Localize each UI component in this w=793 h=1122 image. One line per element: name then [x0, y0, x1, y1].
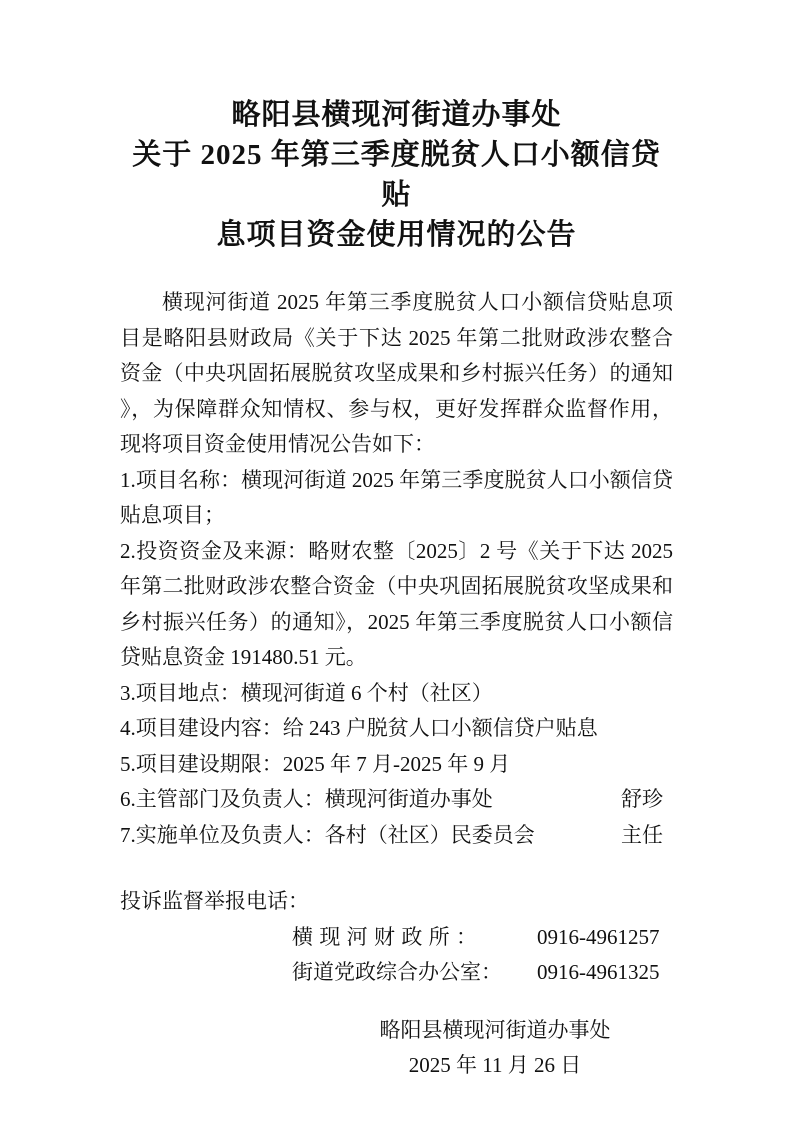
phone-label-general-office: 街道党政综合办公室：	[292, 955, 477, 991]
item-project-period: 5.项目建设期限：2025 年 7 月-2025 年 9 月	[120, 747, 673, 783]
phone-row-general-office: 街道党政综合办公室： 0916-4961325	[120, 955, 673, 991]
signature-block: 略阳县横现河街道办事处 2025 年 11 月 26 日	[315, 1013, 675, 1084]
document-body: 横现河街道 2025 年第三季度脱贫人口小额信贷贴息项目是略阳县财政局《关于下达…	[120, 285, 673, 1084]
phone-number-finance-office: 0916-4961257	[537, 920, 660, 956]
item-supervising-department-text: 6.主管部门及负责人：横现河街道办事处	[120, 782, 493, 818]
complaint-section: 投诉监督举报电话： 横现河财政所： 0916-4961257 街道党政综合办公室…	[120, 884, 673, 991]
phone-number-general-office: 0916-4961325	[537, 955, 660, 991]
page-content: 略阳县横现河街道办事处 关于 2025 年第三季度脱贫人口小额信贷贴 息项目资金…	[120, 95, 673, 1084]
phone-row-finance-office: 横现河财政所： 0916-4961257	[120, 920, 673, 956]
signature-org: 略阳县横现河街道办事处	[315, 1013, 675, 1049]
phone-label-finance-office: 横现河财政所：	[292, 920, 477, 956]
item-implementing-unit-text: 7.实施单位及负责人：各村（社区）民委员会	[120, 818, 535, 854]
announcement-page: 略阳县横现河街道办事处 关于 2025 年第三季度脱贫人口小额信贷贴 息项目资金…	[0, 0, 793, 1122]
intro-paragraph: 横现河街道 2025 年第三季度脱贫人口小额信贷贴息项目是略阳县财政局《关于下达…	[120, 285, 673, 463]
complaint-heading: 投诉监督举报电话：	[120, 884, 673, 920]
item-project-location: 3.项目地点：横现河街道 6 个村（社区）	[120, 676, 673, 712]
item-funding-source: 2.投资资金及来源：略财农整〔2025〕2 号《关于下达 2025 年第二批财政…	[120, 534, 673, 676]
document-title: 略阳县横现河街道办事处 关于 2025 年第三季度脱贫人口小额信贷贴 息项目资金…	[120, 95, 673, 255]
implementer-title: 主任	[621, 818, 673, 854]
document-title-line-2: 关于 2025 年第三季度脱贫人口小额信贷贴	[120, 135, 673, 215]
item-project-content: 4.项目建设内容：给 243 户脱贫人口小额信贷户贴息	[120, 711, 673, 747]
signature-date: 2025 年 11 月 26 日	[315, 1048, 675, 1084]
item-implementing-unit: 7.实施单位及负责人：各村（社区）民委员会 主任	[120, 818, 673, 854]
supervisor-name: 舒珍	[621, 782, 673, 818]
item-supervising-department: 6.主管部门及负责人：横现河街道办事处 舒珍	[120, 782, 673, 818]
document-title-line-3: 息项目资金使用情况的公告	[120, 215, 673, 255]
document-title-line-1: 略阳县横现河街道办事处	[120, 95, 673, 135]
item-project-name: 1.项目名称：横现河街道 2025 年第三季度脱贫人口小额信贷贴息项目；	[120, 463, 673, 534]
